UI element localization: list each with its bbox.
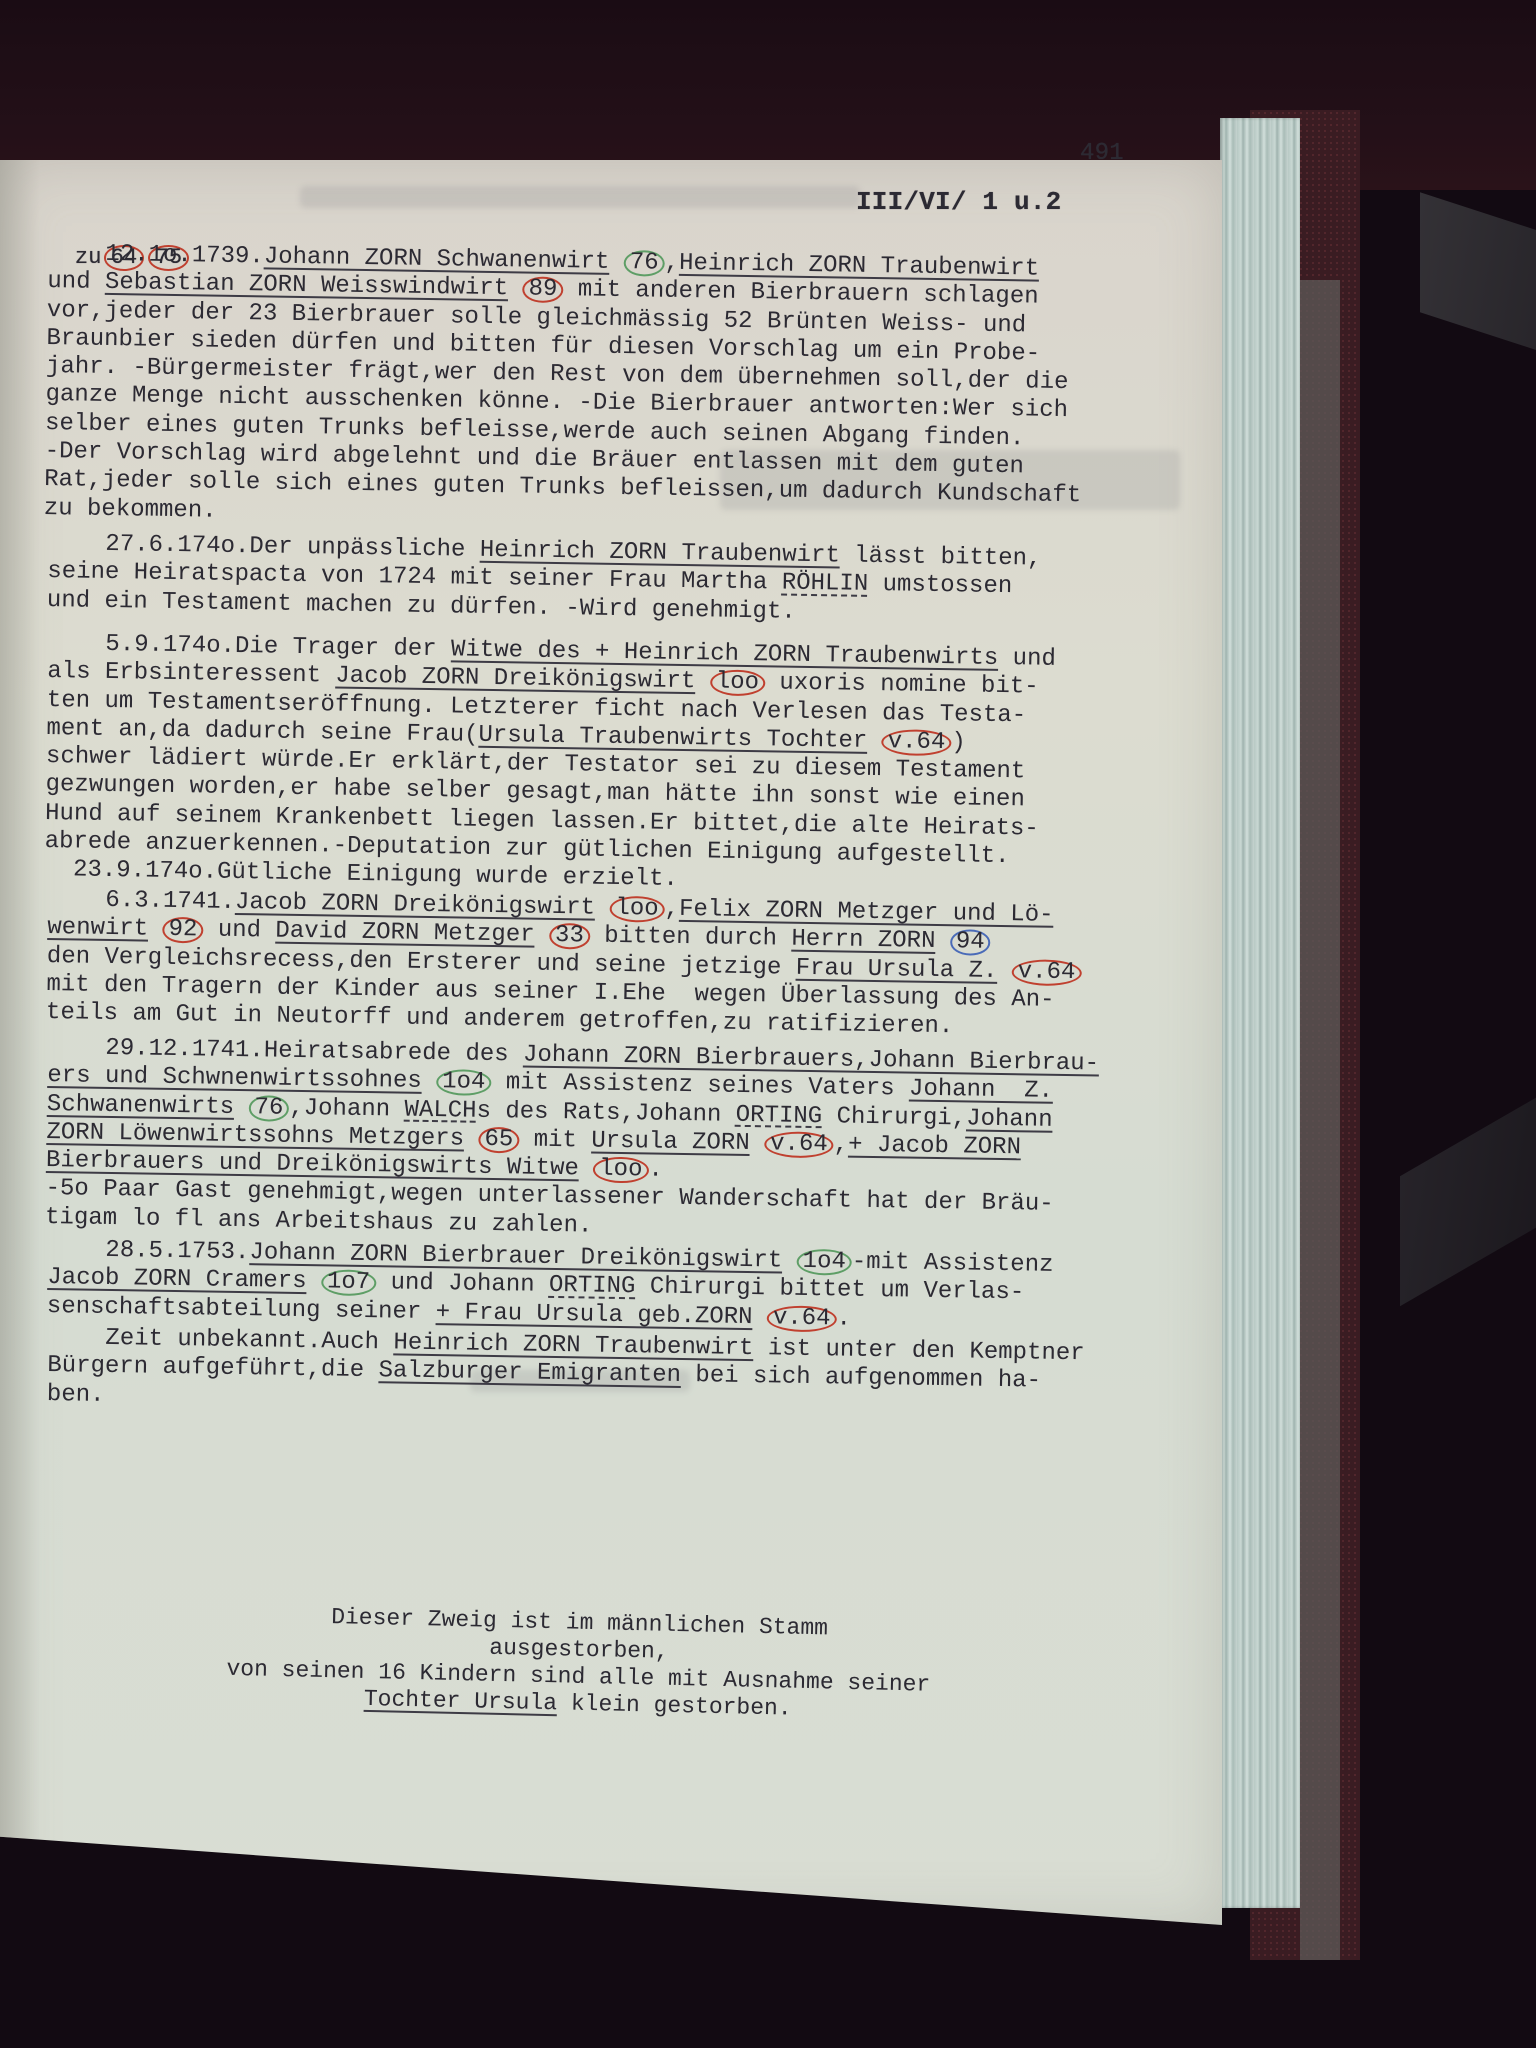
text-segment: 12.1o.1739.: [105, 241, 264, 270]
text-segment: ,: [664, 896, 679, 923]
circled-reference-number: loo: [609, 896, 665, 923]
reference-code: III/VI/ 1 u.2: [856, 188, 1061, 216]
page-number: 491: [1080, 140, 1124, 168]
text-segment: ): [951, 729, 966, 756]
circled-reference-number: loo: [710, 670, 766, 697]
underlined-name: Johann Z.: [909, 1076, 1053, 1105]
underlined-name: Heinrich ZORN Traubenwirt: [393, 1329, 753, 1362]
text-segment: [997, 958, 1012, 985]
text-segment: .: [648, 1157, 663, 1184]
underlined-name: Johann ZORN Schwanenwirt: [264, 243, 610, 275]
text-segment: -mit Assistenz: [852, 1249, 1054, 1279]
underlined-name: Felix ZORN Metzger und Lö-: [679, 896, 1054, 929]
text-segment: [749, 1130, 764, 1157]
text-segment: [867, 728, 882, 755]
underlined-name: Johann: [966, 1105, 1053, 1133]
bleed-through-text: [300, 186, 860, 208]
text-segment: als Erbsinteressent: [47, 658, 335, 690]
circled-reference-number: v.64: [764, 1131, 834, 1158]
entry-1741-december: 29.12.1741.Heiratsabrede des Johann ZORN…: [45, 1034, 1218, 1250]
text-segment: und: [998, 645, 1056, 673]
circled-reference-number: 76: [248, 1095, 289, 1122]
book-page-edges: [1220, 118, 1300, 1908]
underlined-name: Ursula ZORN: [591, 1127, 750, 1156]
circled-reference-number: 1o7: [321, 1270, 377, 1297]
underlined-name: Salzburger Emigranten: [378, 1357, 681, 1389]
text-segment: s des Rats,Johann: [476, 1097, 736, 1128]
text-segment: [234, 1094, 249, 1121]
text-segment: 6.3.1741.: [105, 887, 235, 916]
text-segment: [609, 249, 624, 276]
text-segment: ben.: [47, 1381, 105, 1409]
underlined-name: Jacob ZORN Dreikönigswirt: [335, 663, 695, 696]
underlined-name: + Jacob ZORN: [848, 1131, 1021, 1161]
circled-reference-number: v.64: [767, 1305, 837, 1332]
text-segment: [752, 1304, 767, 1331]
text-segment: Zeit unbekannt.Auch: [105, 1325, 393, 1357]
circled-reference-number: 1o4: [436, 1069, 492, 1096]
circled-reference-number: 1o4: [796, 1249, 852, 1276]
entry-1741-march: 6.3.1741.Jacob ZORN Dreikönigswirt loo,F…: [46, 886, 1218, 1046]
circled-reference-number: 92: [162, 917, 203, 944]
underlined-name: Frau Ursula Z.: [796, 954, 998, 984]
text-segment: umstossen: [868, 571, 1012, 600]
text-segment: [935, 928, 950, 955]
closing-note: Dieser Zweig ist im männlichen Stamm aus…: [148, 1600, 1010, 1727]
underlined-name: Heinrich ZORN Traubenwirt: [679, 250, 1039, 283]
text-segment: [306, 1268, 321, 1295]
entry-1739: 12.1o.1739.Johann ZORN Schwanenwirt 76,H…: [44, 240, 1218, 541]
text-segment: [782, 1248, 797, 1275]
underlined-name: Jacob ZORN Dreikönigswirt: [235, 889, 595, 922]
text-segment: 28.5.1753.: [105, 1237, 249, 1266]
text-segment: .: [836, 1305, 851, 1332]
text-segment: und: [203, 917, 275, 945]
circled-reference-number: v.64: [881, 729, 951, 756]
text-segment: mit: [519, 1126, 591, 1154]
dashed-underlined-name: ORTING: [549, 1272, 636, 1300]
underlined-name: Jacob ZORN Cramers: [47, 1264, 307, 1295]
circled-reference-number: 65: [478, 1127, 519, 1154]
underlined-name: wenwirt: [47, 914, 148, 943]
dashed-underlined-name: RÖHLIN: [782, 570, 869, 598]
circled-reference-number: loo: [593, 1157, 649, 1184]
dashed-underlined-name: ORTING: [736, 1101, 823, 1129]
text-segment: [695, 668, 710, 695]
background-object-lower: [1400, 1084, 1536, 1306]
circled-reference-number: 76: [624, 250, 665, 277]
text-segment: ist unter den Kemptner: [753, 1335, 1085, 1367]
underlined-name: Heinrich ZORN Traubenwirt: [480, 537, 840, 570]
text-segment: ,Johann: [289, 1094, 405, 1123]
text-segment: bitten durch: [590, 923, 792, 953]
underlined-name: ers und Schwnenwirtssohnes: [47, 1062, 422, 1095]
text-segment: senschaftsabteilung seiner: [47, 1293, 436, 1326]
circled-reference-number: v.64: [1012, 959, 1082, 986]
circled-reference-number: 33: [549, 923, 590, 950]
text-segment: bei sich aufgenommen ha-: [681, 1362, 1041, 1395]
text-segment: und: [47, 268, 105, 296]
book-cover-shadow: [1300, 280, 1340, 1960]
underlined-name: Herrn ZORN: [791, 926, 935, 955]
text-segment: [579, 1156, 594, 1183]
text-segment: [534, 922, 549, 949]
text-segment: [422, 1068, 437, 1095]
underlined-name: Tochter Ursula: [364, 1686, 558, 1716]
underlined-name: David ZORN Metzger: [275, 918, 535, 949]
text-segment: ,: [834, 1131, 849, 1158]
entry-1740-september: 5.9.174o.Die Trager der Witwe des + Hein…: [44, 630, 1218, 903]
circled-reference-number: 94: [950, 929, 991, 956]
text-segment: [595, 895, 610, 922]
text-segment: uxoris nomine bit-: [765, 670, 1039, 701]
text-segment: Bürgern aufgeführt,die: [47, 1352, 379, 1384]
underlined-name: + Frau Ursula geb.ZORN: [436, 1299, 753, 1331]
text-segment: ,: [664, 250, 679, 277]
text-segment: lässt bitten,: [840, 542, 1042, 572]
background-object: [1420, 192, 1536, 357]
dashed-underlined-name: WALCH: [404, 1096, 476, 1124]
text-segment: und Johann: [376, 1269, 549, 1299]
text-segment: 5.9.174o.Die Trager der: [105, 631, 451, 663]
text-segment: zu bekommen.: [44, 495, 217, 525]
text-segment: Chirurgi,: [822, 1103, 966, 1132]
text-segment: [508, 276, 523, 303]
text-segment: [464, 1125, 479, 1152]
underlined-name: Schwanenwirts: [47, 1091, 235, 1121]
text-segment: Chirurgi bittet um Verlas-: [635, 1274, 1024, 1307]
text-segment: [148, 916, 163, 943]
circled-reference-number: 89: [522, 277, 563, 304]
underlined-name: Ursula Traubenwirts Tochter: [478, 722, 867, 755]
